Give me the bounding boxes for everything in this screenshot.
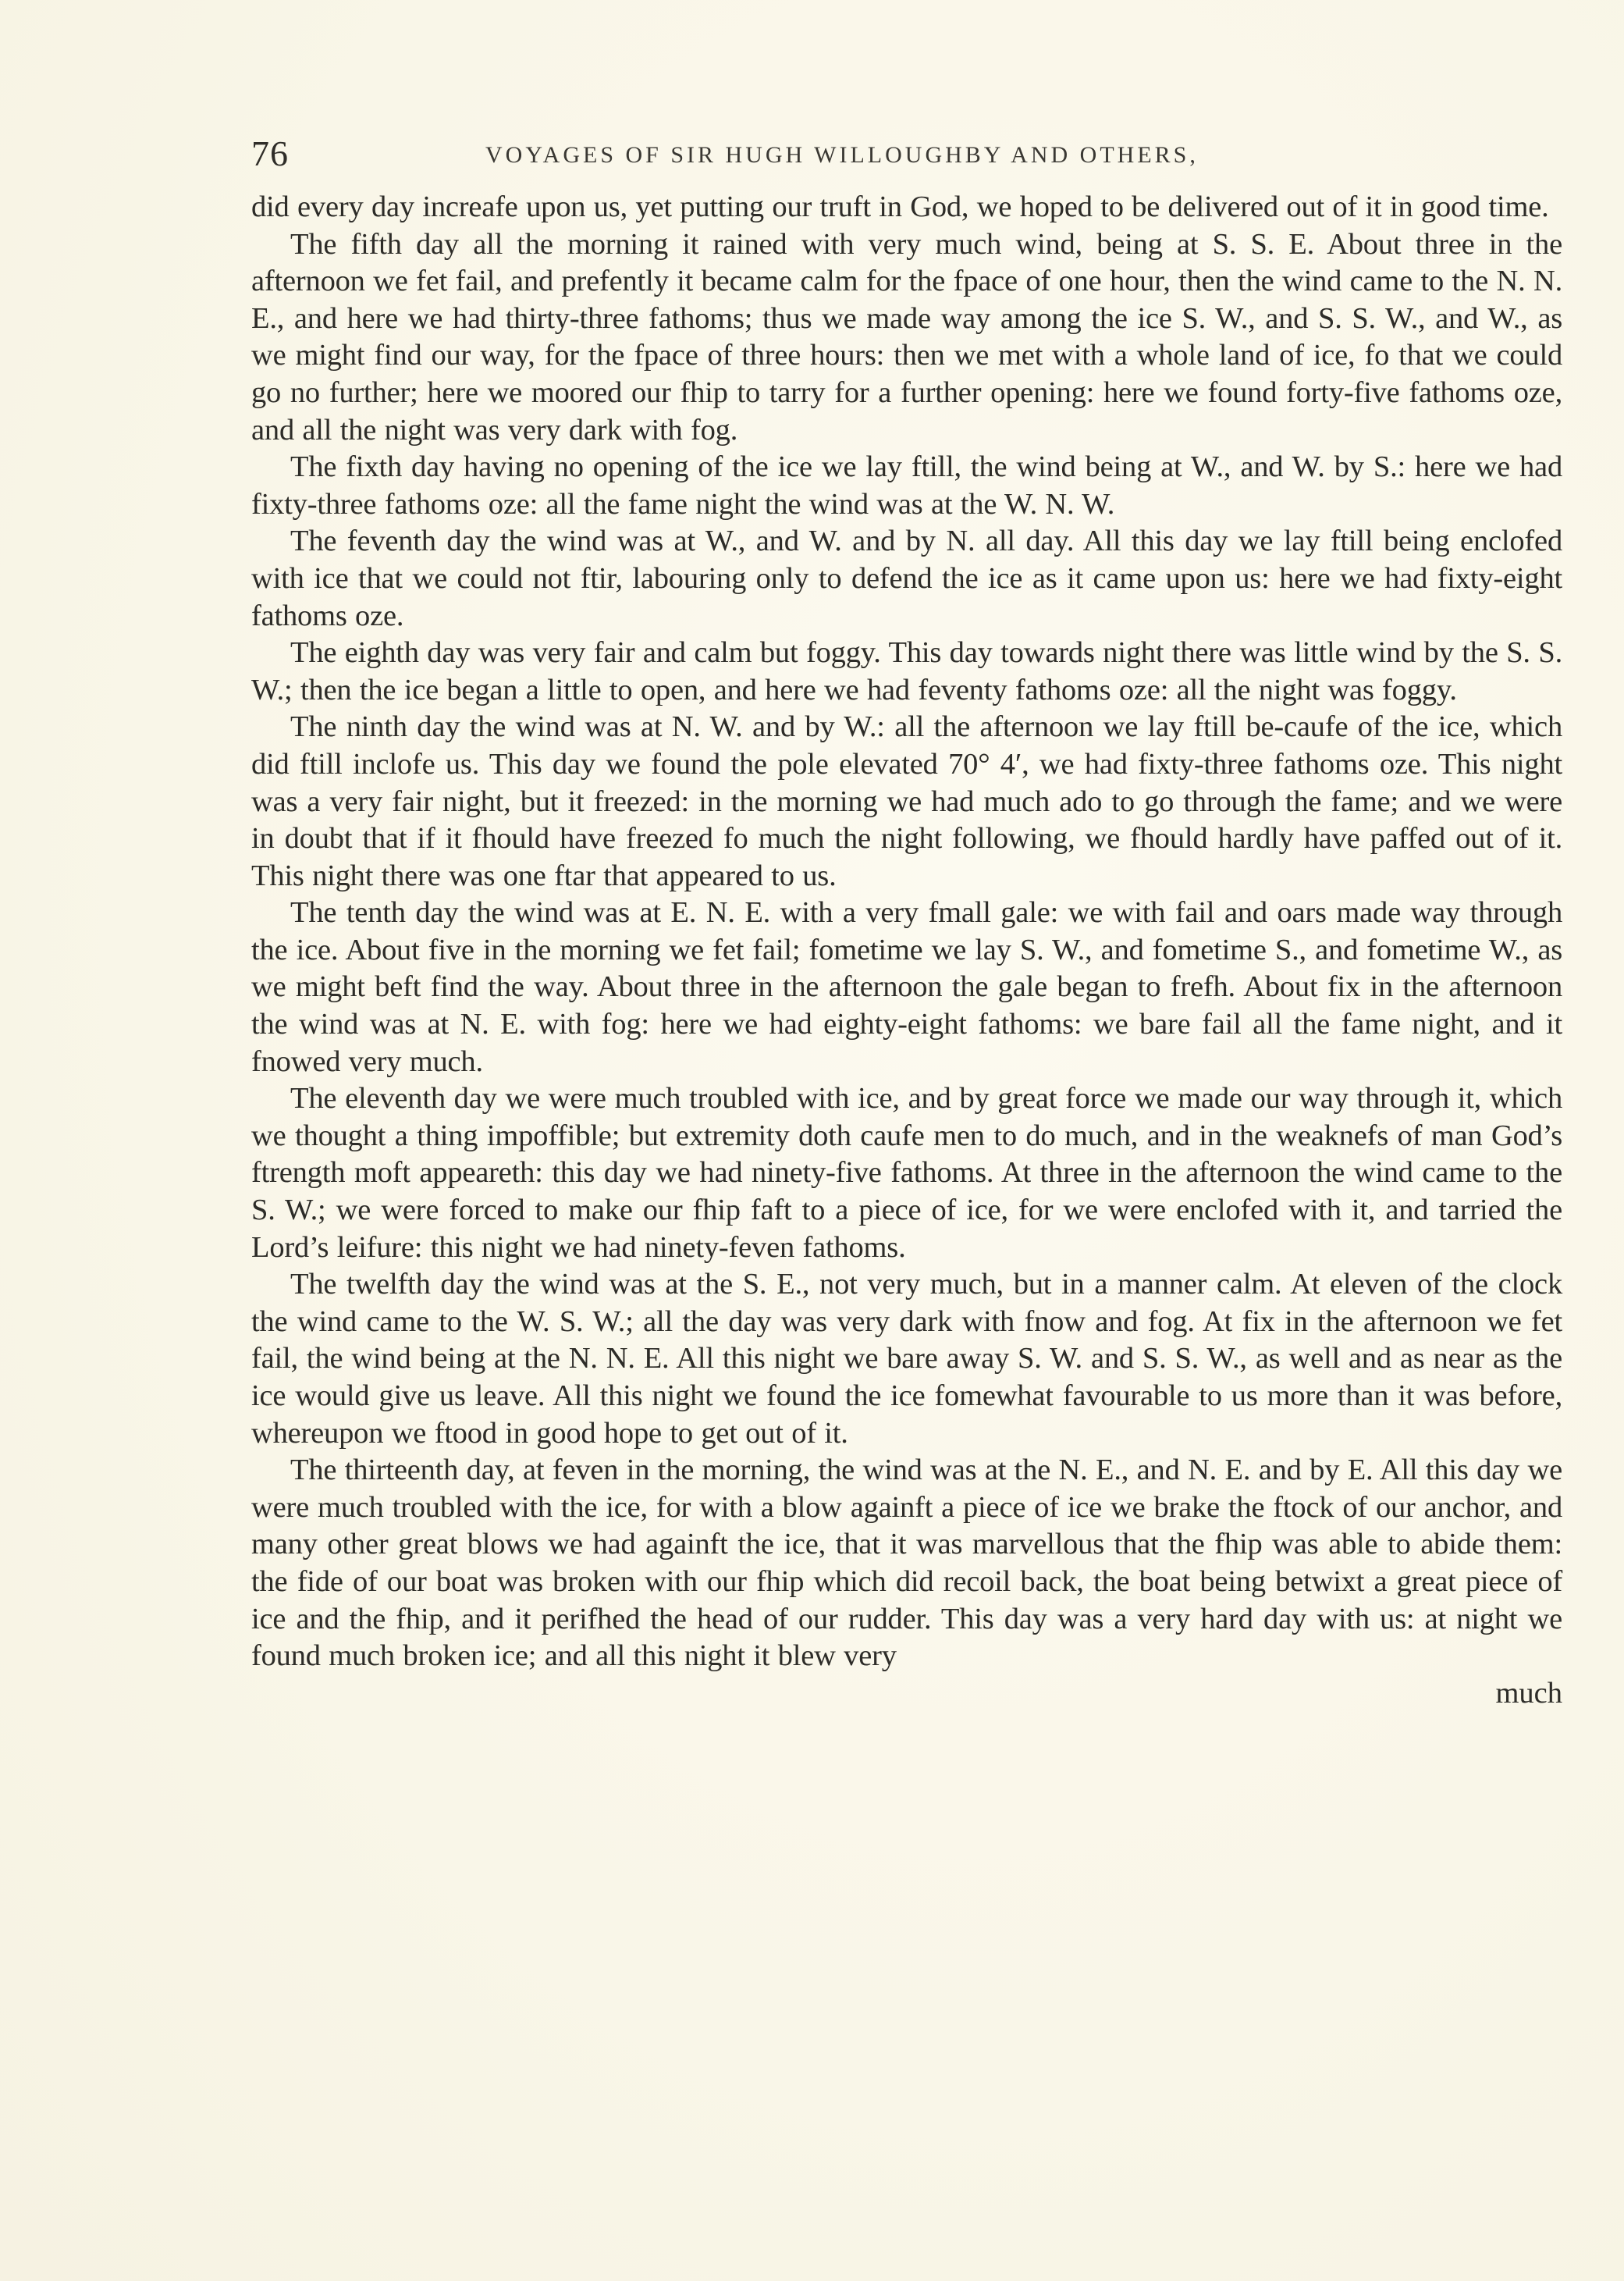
- paragraph-continuation: did every day increafe upon us, yet putt…: [251, 189, 1562, 226]
- paragraph-seventh-day: The feventh day the wind was at W., and …: [251, 523, 1562, 635]
- running-title: VOYAGES OF SIR HUGH WILLOUGHBY AND OTHER…: [485, 142, 1199, 169]
- paragraph-sixth-day: The fixth day having no opening of the i…: [251, 449, 1562, 523]
- body-text: did every day increafe upon us, yet putt…: [251, 189, 1562, 1712]
- paragraph-tenth-day: The tenth day the wind was at E. N. E. w…: [251, 895, 1562, 1080]
- book-page: 76 VOYAGES OF SIR HUGH WILLOUGHBY AND OT…: [251, 125, 1562, 1712]
- paragraph-eleventh-day: The eleventh day we were much troubled w…: [251, 1080, 1562, 1266]
- page-number: 76: [251, 133, 289, 174]
- paragraph-eighth-day: The eighth day was very fair and calm bu…: [251, 635, 1562, 709]
- paragraph-twelfth-day: The twelfth day the wind was at the S. E…: [251, 1266, 1562, 1452]
- paragraph-fifth-day: The fifth day all the morning it rained …: [251, 226, 1562, 450]
- paragraph-ninth-day: The ninth day the wind was at N. W. and …: [251, 709, 1562, 895]
- paragraph-thirteenth-day: The thirteenth day, at feven in the morn…: [251, 1452, 1562, 1675]
- catchword: much: [251, 1675, 1562, 1713]
- running-head: 76 VOYAGES OF SIR HUGH WILLOUGHBY AND OT…: [251, 125, 1562, 180]
